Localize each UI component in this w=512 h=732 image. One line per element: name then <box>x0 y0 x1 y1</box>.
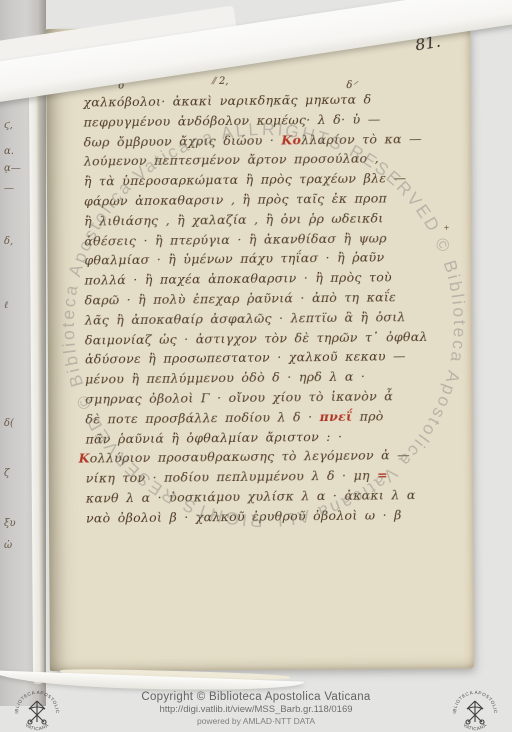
facing-page-fragment: α. <box>4 146 14 157</box>
footer-powered-by: powered by AMLAD·NTT DATA <box>0 716 512 727</box>
facing-page-fragment: δ( <box>4 418 14 429</box>
manuscript-text-block: χαλκόβολοι· ἀκακὶ ναρικδηκᾶς μηκωτα δπεφ… <box>83 90 438 528</box>
manuscript-page: 81. δ⫽ 2,δ⸍ + χαλκόβολοι· ἀκακὶ ναρικδηκ… <box>46 26 474 671</box>
facing-page-fragment: ᾳ— <box>4 163 21 174</box>
facing-page-fragment: ζ <box>4 468 9 479</box>
footer-copyright: Copyright © Biblioteca Apostolica Vatica… <box>0 690 512 704</box>
facing-page-fragment: — <box>4 183 14 194</box>
vatican-library-stamp-left: BIBLIOTECA APOSTOLICA VATICANA <box>12 688 62 732</box>
digitized-manuscript-viewer: —ϛ,α.ᾳ——δ,ℓδ(ζξυὡ 81. δ⫽ 2,δ⸍ + χαλκόβολ… <box>0 0 512 732</box>
facing-page-fragment: ὡ <box>4 540 12 551</box>
facing-page-fragment: δ, <box>4 236 13 247</box>
facing-page-fragment: ϛ, <box>4 120 13 131</box>
facing-page-fragment: ℓ <box>4 300 8 311</box>
vatican-library-stamp-right: BIBLIOTECA APOSTOLICA VATICANA <box>450 688 500 732</box>
footer-url: http://digi.vatlib.it/view/MSS_Barb.gr.1… <box>0 704 512 716</box>
manuscript-line: ναὸ ὀβολοὶ β · χαλκοῦ ἐρυθροῦ ὀβολοὶ ω ·… <box>86 505 438 528</box>
interline-annotation: ⫽ 2, <box>211 76 228 87</box>
margin-cross-mark: + <box>444 223 449 233</box>
ombrellone-and-keys-emblem <box>466 701 484 724</box>
footer-caption: Copyright © Biblioteca Apostolica Vatica… <box>0 690 512 727</box>
facing-page-fragment: ξυ <box>4 518 16 529</box>
ombrellone-and-keys-emblem <box>28 701 46 724</box>
